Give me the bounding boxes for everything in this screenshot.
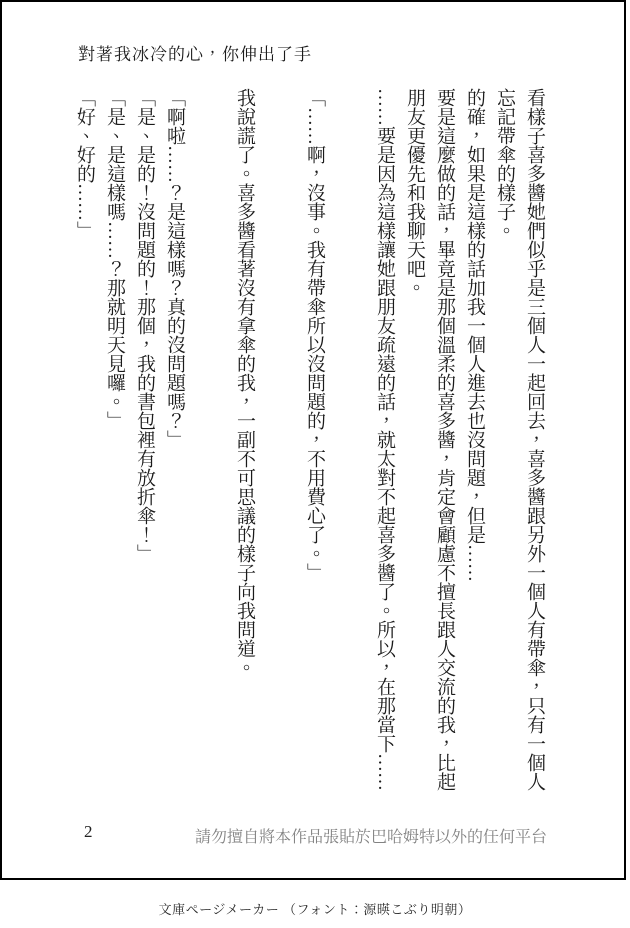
paragraph-spacer bbox=[259, 88, 299, 793]
paragraph: 「……啊，沒事。我有帶傘所以沒問題的，不用費心了。」 bbox=[299, 88, 329, 793]
paragraph-spacer bbox=[189, 88, 229, 793]
page-footer: 2 請勿擅自將本作品張貼於巴哈姆特以外的任何平台 bbox=[2, 822, 624, 846]
paragraph: 要是這麼做的話，畢竟是那個溫柔的喜多醬，肯定會顧慮不擅長跟人交流的我，比起朋友更… bbox=[399, 88, 459, 793]
paragraph: 「是、是這樣嗎……？那就明天見囉。」 bbox=[99, 88, 129, 793]
page-header-title: 對著我冰冷的心，你伸出了手 bbox=[78, 40, 312, 65]
page-frame: 對著我冰冷的心，你伸出了手 看樣子喜多醬她們似乎是三個人一起回去，喜多醬跟另外一… bbox=[0, 0, 626, 880]
page-background: { "header": { "title": "對著我冰冷的心，你伸出了手" }… bbox=[0, 0, 630, 928]
paragraph: 「啊啦……？是這樣嗎？真的沒問題嗎？」 bbox=[159, 88, 189, 793]
body-text: 看樣子喜多醬她們似乎是三個人一起回去，喜多醬跟另外一個人有帶傘，只有一個人忘記帶… bbox=[69, 88, 549, 793]
generator-credit: 文庫ページメーカー （フォント：源暎こぶり明朝） bbox=[0, 899, 630, 918]
paragraph: 「好、好的……」 bbox=[69, 88, 99, 793]
paragraph: 看樣子喜多醬她們似乎是三個人一起回去，喜多醬跟另外一個人有帶傘，只有一個人忘記帶… bbox=[489, 88, 549, 793]
paragraph: 「是、是的！沒問題的！那個，我的書包裡有放折傘！」 bbox=[129, 88, 159, 793]
paragraph-spacer bbox=[329, 88, 369, 793]
paragraph: 我說謊了。喜多醬看著沒有拿傘的我，一副不可思議的樣子向我問道。 bbox=[229, 88, 259, 793]
repost-notice: 請勿擅自將本作品張貼於巴哈姆特以外的任何平台 bbox=[195, 824, 547, 847]
paragraph: ……要是因為這樣讓她跟朋友疏遠的話，就太對不起喜多醬了。所以，在那當下…… bbox=[369, 88, 399, 793]
paragraph: 的確，如果是這樣的話加我一個人進去也沒問題，但是…… bbox=[459, 88, 489, 793]
page-number: 2 bbox=[84, 822, 93, 842]
